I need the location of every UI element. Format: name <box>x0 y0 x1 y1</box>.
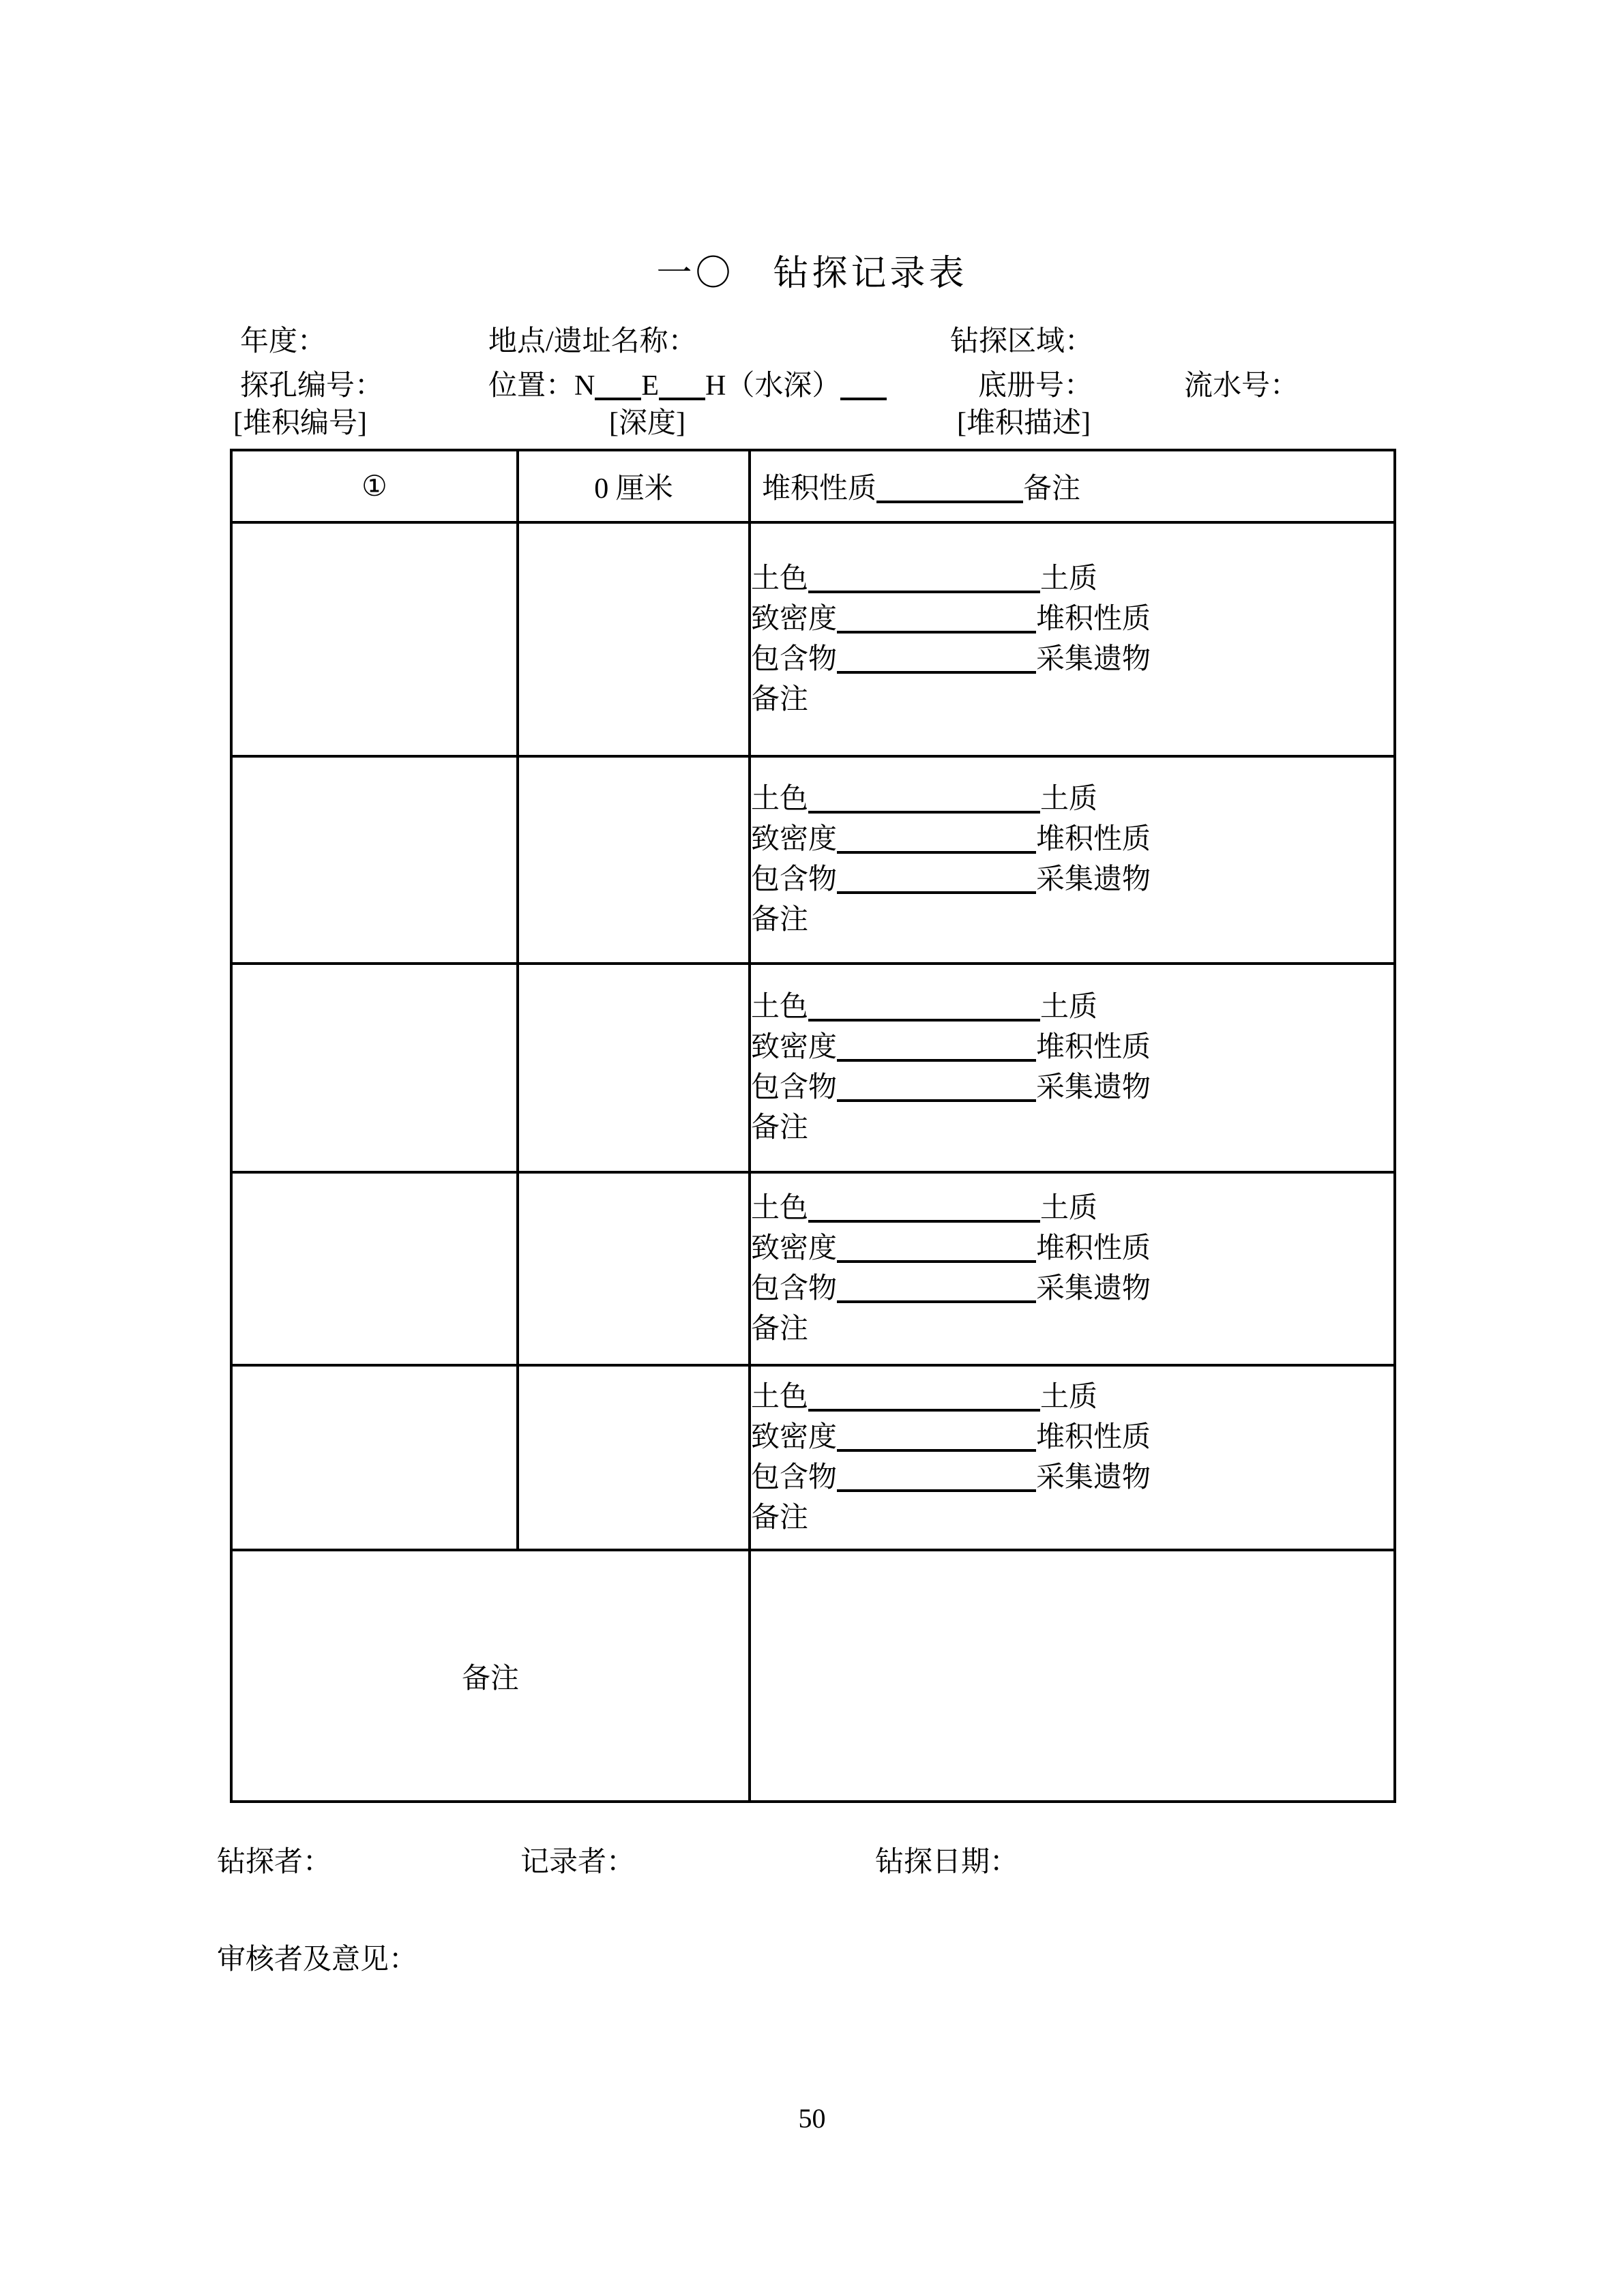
inclusions-label: 包含物 <box>751 864 837 895</box>
water-depth-blank <box>840 396 887 400</box>
deposit-no-cell <box>231 1172 518 1365</box>
remarks-line: 备注 <box>751 1498 1393 1538</box>
depth-cell <box>518 756 750 964</box>
inclusions-blank <box>837 670 1036 674</box>
site-name-label: 地点/遗址名称： <box>488 325 697 358</box>
soil-color-line: 土色土质 <box>751 559 1393 599</box>
position-h-label: H（水深） <box>705 370 840 402</box>
density-line: 致密度堆积性质 <box>751 1028 1393 1068</box>
remarks-label: 备注 <box>462 1663 519 1695</box>
position-e-label: E <box>641 370 659 402</box>
description-cell: 土色土质 致密度堆积性质 包含物采集遗物 备注 <box>750 1365 1395 1550</box>
density-line: 致密度堆积性质 <box>751 599 1393 640</box>
table-first-row: ① 0 厘米 堆积性质备注 <box>231 450 1395 522</box>
register-number-label: 底册号： <box>978 370 1093 402</box>
soil-color-line: 土色土质 <box>751 779 1393 820</box>
soil-texture-label: 土质 <box>1040 563 1097 595</box>
density-line: 致密度堆积性质 <box>751 1418 1393 1458</box>
inclusions-line: 包含物采集遗物 <box>751 640 1393 680</box>
density-label: 致密度 <box>751 1422 837 1453</box>
depth-cell <box>518 522 750 756</box>
deposit-no-cell <box>231 964 518 1172</box>
soil-color-label: 土色 <box>751 1382 808 1413</box>
density-blank <box>837 629 1036 633</box>
density-label: 致密度 <box>751 1032 837 1063</box>
table-row: 土色土质 致密度堆积性质 包含物采集遗物 备注 <box>231 522 1395 756</box>
year-label: 年度： <box>240 325 326 358</box>
driller-label: 钻探者： <box>217 1846 331 1879</box>
depth-cell: 0 厘米 <box>518 450 750 522</box>
soil-color-line: 土色土质 <box>751 987 1393 1028</box>
drilling-date-label: 钻探日期： <box>875 1846 1018 1879</box>
depth-cell <box>518 1172 750 1365</box>
soil-color-blank <box>808 1017 1040 1022</box>
deposit-no-cell <box>231 756 518 964</box>
remarks-line: 备注 <box>751 1309 1393 1350</box>
deposit-no-cell <box>231 1365 518 1550</box>
remarks-label: 备注 <box>751 1112 808 1144</box>
soil-color-line: 土色土质 <box>751 1377 1393 1418</box>
reviewer-opinion-label: 审核者及意见： <box>217 1943 417 1976</box>
soil-color-blank <box>808 589 1040 593</box>
inclusions-line: 包含物采集遗物 <box>751 1458 1393 1498</box>
remarks-line: 备注 <box>751 1108 1393 1148</box>
density-label: 致密度 <box>751 603 837 635</box>
inclusions-blank <box>837 890 1036 894</box>
soil-color-label: 土色 <box>751 784 808 815</box>
soil-texture-label: 土质 <box>1040 784 1097 815</box>
inclusions-blank <box>837 1299 1036 1303</box>
density-label: 致密度 <box>751 824 837 855</box>
table-row: 土色土质 致密度堆积性质 包含物采集遗物 备注 <box>231 1365 1395 1550</box>
soil-color-blank <box>808 1219 1040 1223</box>
remarks-label: 备注 <box>751 684 808 715</box>
soil-color-line: 土色土质 <box>751 1189 1393 1229</box>
depth-caption: [深度] <box>609 407 685 440</box>
page-number: 50 <box>0 2102 1624 2134</box>
collected-relics-label: 采集遗物 <box>1036 1072 1151 1103</box>
description-cell: 土色土质 致密度堆积性质 包含物采集遗物 备注 <box>750 756 1395 964</box>
position-n-label: 位置：N <box>488 370 595 402</box>
density-blank <box>837 1259 1036 1263</box>
depth-cell <box>518 964 750 1172</box>
drilling-record-table: ① 0 厘米 堆积性质备注 土色土质 致密度堆积性质 包含物采集遗物 备注 土色… <box>230 449 1396 1803</box>
soil-color-blank <box>808 809 1040 814</box>
page-title: 一〇 钻探记录表 <box>0 244 1624 295</box>
soil-texture-label: 土质 <box>1040 992 1097 1023</box>
inclusions-line: 包含物采集遗物 <box>751 860 1393 900</box>
depth-value: 0 厘米 <box>594 473 673 505</box>
remarks-line: 备注 <box>751 900 1393 940</box>
inclusions-label: 包含物 <box>751 1273 837 1304</box>
description-cell: 土色土质 致密度堆积性质 包含物采集遗物 备注 <box>750 964 1395 1172</box>
inclusions-line: 包含物采集遗物 <box>751 1269 1393 1309</box>
inclusions-line: 包含物采集遗物 <box>751 1068 1393 1108</box>
remarks-merged-cell: 备注 <box>231 1550 750 1802</box>
soil-color-label: 土色 <box>751 1193 808 1224</box>
density-blank <box>837 850 1036 854</box>
soil-color-label: 土色 <box>751 992 808 1023</box>
deposit-number-caption: [堆积编号] <box>233 407 367 440</box>
position-e-blank <box>659 396 705 400</box>
serial-number-label: 流水号： <box>1184 370 1299 402</box>
density-blank <box>837 1058 1036 1062</box>
collected-relics-label: 采集遗物 <box>1036 864 1151 895</box>
density-line: 致密度堆积性质 <box>751 820 1393 860</box>
circled-one: ① <box>361 471 387 503</box>
remarks-label: 备注 <box>751 904 808 936</box>
remarks-label: 备注 <box>751 1313 808 1345</box>
remarks-line: 备注 <box>751 680 1393 720</box>
table-row: 土色土质 致密度堆积性质 包含物采集遗物 备注 <box>231 964 1395 1172</box>
deposit-no-cell <box>231 522 518 756</box>
table-row: 土色土质 致密度堆积性质 包含物采集遗物 备注 <box>231 1172 1395 1365</box>
table-remarks-row: 备注 <box>231 1550 1395 1802</box>
soil-texture-label: 土质 <box>1040 1193 1097 1224</box>
depth-cell <box>518 1365 750 1550</box>
recorder-label: 记录者： <box>520 1846 635 1879</box>
remarks-label: 备注 <box>1023 473 1080 505</box>
description-cell: 土色土质 致密度堆积性质 包含物采集遗物 备注 <box>750 522 1395 756</box>
deposit-nature-label: 堆积性质 <box>1036 1032 1151 1063</box>
deposit-nature-blank <box>876 499 1023 503</box>
soil-texture-label: 土质 <box>1040 1382 1097 1413</box>
collected-relics-label: 采集遗物 <box>1036 1462 1151 1493</box>
inclusions-label: 包含物 <box>751 1072 837 1103</box>
density-blank <box>837 1448 1036 1452</box>
deposit-nature-label: 堆积性质 <box>1036 1422 1151 1453</box>
remarks-empty-cell <box>750 1550 1395 1802</box>
borehole-number-label: 探孔编号： <box>240 370 383 402</box>
deposit-nature-label: 堆积性质 <box>762 473 876 505</box>
deposit-nature-label: 堆积性质 <box>1036 824 1151 855</box>
collected-relics-label: 采集遗物 <box>1036 1273 1151 1304</box>
inclusions-blank <box>837 1488 1036 1492</box>
drilling-area-label: 钻探区域： <box>950 325 1093 358</box>
deposit-description-caption: [堆积描述] <box>957 407 1091 440</box>
inclusions-label: 包含物 <box>751 1462 837 1493</box>
deposit-no-cell: ① <box>231 450 518 522</box>
document-page: 一〇 钻探记录表 年度： 地点/遗址名称： 钻探区域： 探孔编号： 位置：NEH… <box>0 0 1624 2296</box>
density-label: 致密度 <box>751 1233 837 1264</box>
inclusions-label: 包含物 <box>751 644 837 675</box>
collected-relics-label: 采集遗物 <box>1036 644 1151 675</box>
inclusions-blank <box>837 1098 1036 1102</box>
position-n-blank <box>595 396 641 400</box>
table-row: 土色土质 致密度堆积性质 包含物采集遗物 备注 <box>231 756 1395 964</box>
position-line: 位置：NEH（水深） <box>488 370 887 402</box>
deposit-nature-label: 堆积性质 <box>1036 1233 1151 1264</box>
soil-color-blank <box>808 1407 1040 1412</box>
nature-cell: 堆积性质备注 <box>750 450 1395 522</box>
deposit-nature-label: 堆积性质 <box>1036 603 1151 635</box>
soil-color-label: 土色 <box>751 563 808 595</box>
density-line: 致密度堆积性质 <box>751 1229 1393 1269</box>
description-cell: 土色土质 致密度堆积性质 包含物采集遗物 备注 <box>750 1172 1395 1365</box>
remarks-label: 备注 <box>751 1502 808 1534</box>
